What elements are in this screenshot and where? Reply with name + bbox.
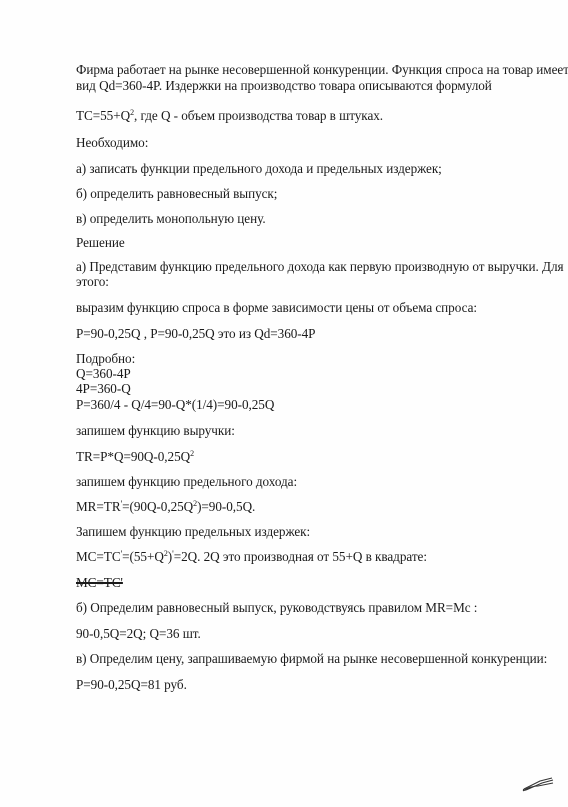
demand-formula: P=90-0,25Q , P=90-0,25Q это из Qd=360-4P (76, 326, 315, 341)
mr-suffix: )=90-0,5Q. (197, 499, 255, 514)
solution-heading: Решение (76, 235, 125, 250)
tr-prefix: TR=P*Q=90Q-0,25Q (76, 449, 190, 464)
solution-c-result: P=90-0,25Q=81 руб. (76, 677, 187, 692)
required-item-b: б) определить равновесный выпуск; (76, 186, 277, 201)
mr-prefix: MR=TR (76, 499, 121, 514)
solution-b-result: 90-0,5Q=2Q; Q=36 шт. (76, 626, 201, 641)
marginal-revenue-intro: запишем функцию предельного дохода: (76, 474, 297, 489)
detail-heading: Подробно: (76, 351, 135, 366)
detail-line-1: Q=360-4P (76, 366, 131, 381)
problem-line-1: Фирма работает на рынке несовершенной ко… (76, 62, 568, 77)
solution-c-line: в) Определим цену, запрашиваемую фирмой … (76, 651, 547, 666)
detail-line-3: P=360/4 - Q/4=90-Q*(1/4)=90-0,25Q (76, 397, 274, 412)
solution-a-line-2: этого: (76, 274, 109, 289)
tr-exponent: 2 (190, 449, 194, 458)
signature-icon (520, 775, 556, 793)
tc-prefix: TC=55+Q (76, 108, 130, 123)
mc-suffix: =2Q. 2Q это производная от 55+Q в квадра… (174, 549, 427, 564)
marginal-revenue-formula: MR=TR'=(90Q-0,25Q2)=90-0,5Q. (76, 499, 255, 514)
struck-through-text: MC=TC' (76, 575, 123, 590)
solution-b-line: б) Определим равновесный выпуск, руковод… (76, 600, 477, 615)
required-item-a: а) записать функции предельного дохода и… (76, 161, 442, 176)
required-heading: Необходимо: (76, 135, 148, 150)
total-cost-formula: TC=55+Q2, где Q - объем производства тов… (76, 108, 383, 123)
tc-suffix: , где Q - объем производства товар в шту… (134, 108, 383, 123)
detail-line-2: 4P=360-Q (76, 381, 131, 396)
mr-mid: =(90Q-0,25Q (122, 499, 193, 514)
solution-a-line-1: а) Представим функцию предельного дохода… (76, 259, 564, 274)
demand-intro: выразим функцию спроса в форме зависимос… (76, 300, 477, 315)
marginal-cost-formula: MC=TC'=(55+Q2)'=2Q. 2Q это производная о… (76, 549, 427, 564)
revenue-intro: запишем функцию выручки: (76, 423, 235, 438)
mc-mid: =(55+Q (122, 549, 164, 564)
total-revenue-formula: TR=P*Q=90Q-0,25Q2 (76, 449, 194, 464)
mc-prefix: MC=TC (76, 549, 121, 564)
scanned-document-page: Фирма работает на рынке несовершенной ко… (0, 0, 568, 807)
required-item-c: в) определить монопольную цену. (76, 211, 266, 226)
marginal-cost-intro: Запишем функцию предельных издержек: (76, 524, 310, 539)
problem-line-2: вид Qd=360-4P. Издержки на производство … (76, 78, 492, 93)
